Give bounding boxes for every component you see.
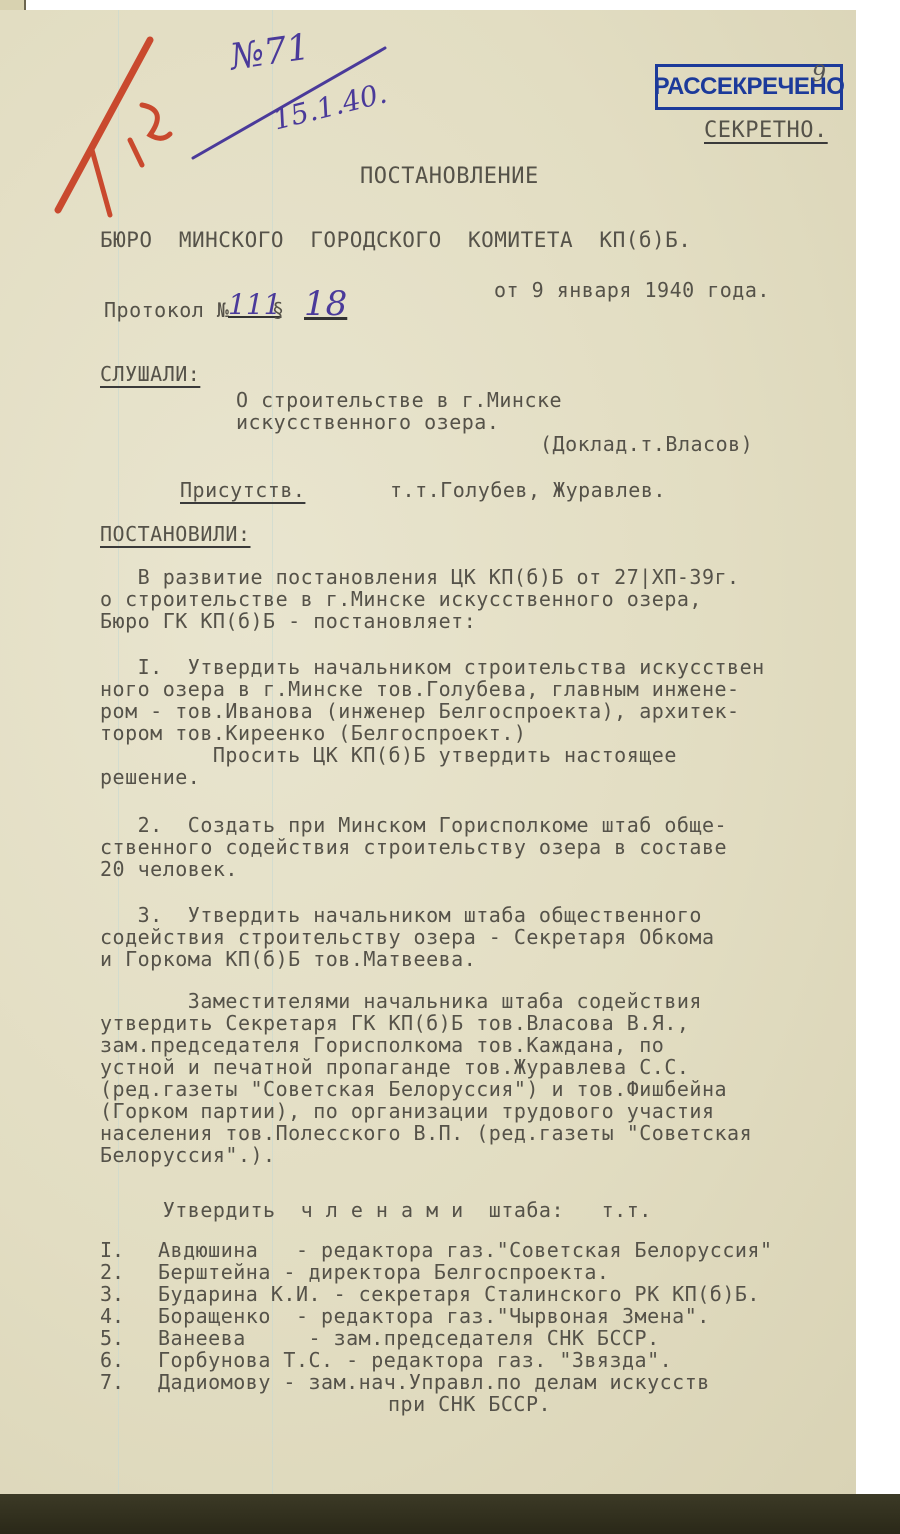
- member-entry: Дадиомову - зам.нач.Управл.по делам иску…: [158, 1370, 710, 1394]
- member-number: 3.: [100, 1282, 124, 1306]
- present-label: Присутств.: [180, 478, 305, 502]
- members-heading: Утвердить ч л е н а м и штаба: т.т.: [100, 1198, 652, 1222]
- section-sign: §: [272, 298, 285, 322]
- member-entry-continuation: при СНК БССР.: [388, 1392, 551, 1416]
- section-number: 18: [304, 284, 347, 324]
- heard-topic-line-1: О строительстве в г.Минске: [236, 388, 562, 412]
- document-title: ПОСТАНОВЛЕНИЕ: [360, 164, 539, 189]
- member-entry: Авдюшина - редактора газ."Советская Бело…: [158, 1238, 773, 1262]
- present-names: т.т.Голубев, Журавлев.: [390, 478, 666, 502]
- page-number: 9: [812, 62, 826, 87]
- page-bottom-shadow: [0, 1494, 900, 1534]
- member-number: 2.: [100, 1260, 124, 1284]
- member-number: 6.: [100, 1348, 124, 1372]
- red-pencil-mark-icon: [50, 30, 180, 220]
- member-number: I.: [100, 1238, 124, 1262]
- report-by: (Доклад.т.Власов): [540, 432, 753, 456]
- issuing-body: БЮРО МИНСКОГО ГОРОДСКОГО КОМИТЕТА КП(б)Б…: [100, 228, 691, 252]
- resolution-item-2: 2. Создать при Минском Горисполкоме штаб…: [100, 814, 727, 880]
- member-number: 5.: [100, 1326, 124, 1350]
- member-entry: Ванеева - зам.председателя СНК БССР.: [158, 1326, 660, 1350]
- member-entry: Берштейна - директора Белгоспроекта.: [158, 1260, 609, 1284]
- heard-label: СЛУШАЛИ:: [100, 362, 200, 386]
- resolution-item-1: I. Утвердить начальником строительства и…: [100, 656, 765, 788]
- resolution-intro: В развитие постановления ЦК КП(б)Б от 27…: [100, 566, 740, 632]
- member-entry: Горбунова Т.С. - редактора газ. "Звязда"…: [158, 1348, 672, 1372]
- document-date: от 9 января 1940 года.: [494, 278, 770, 302]
- classification-label: СЕКРЕТНО.: [704, 118, 828, 143]
- member-number: 4.: [100, 1304, 124, 1328]
- member-number: 7.: [100, 1370, 124, 1394]
- resolved-label: ПОСТАНОВИЛИ:: [100, 522, 251, 546]
- member-entry: Бударина К.И. - секретаря Сталинского РК…: [158, 1282, 760, 1306]
- heard-topic-line-2: искусственного озера.: [236, 410, 499, 434]
- resolution-item-3: 3. Утвердить начальником штаба обществен…: [100, 904, 715, 970]
- protocol-label: Протокол №: [104, 298, 229, 322]
- member-entry: Боращенко - редактора газ."Чырвоная Змен…: [158, 1304, 710, 1328]
- deputies-paragraph: Заместителями начальника штаба содействи…: [100, 990, 752, 1166]
